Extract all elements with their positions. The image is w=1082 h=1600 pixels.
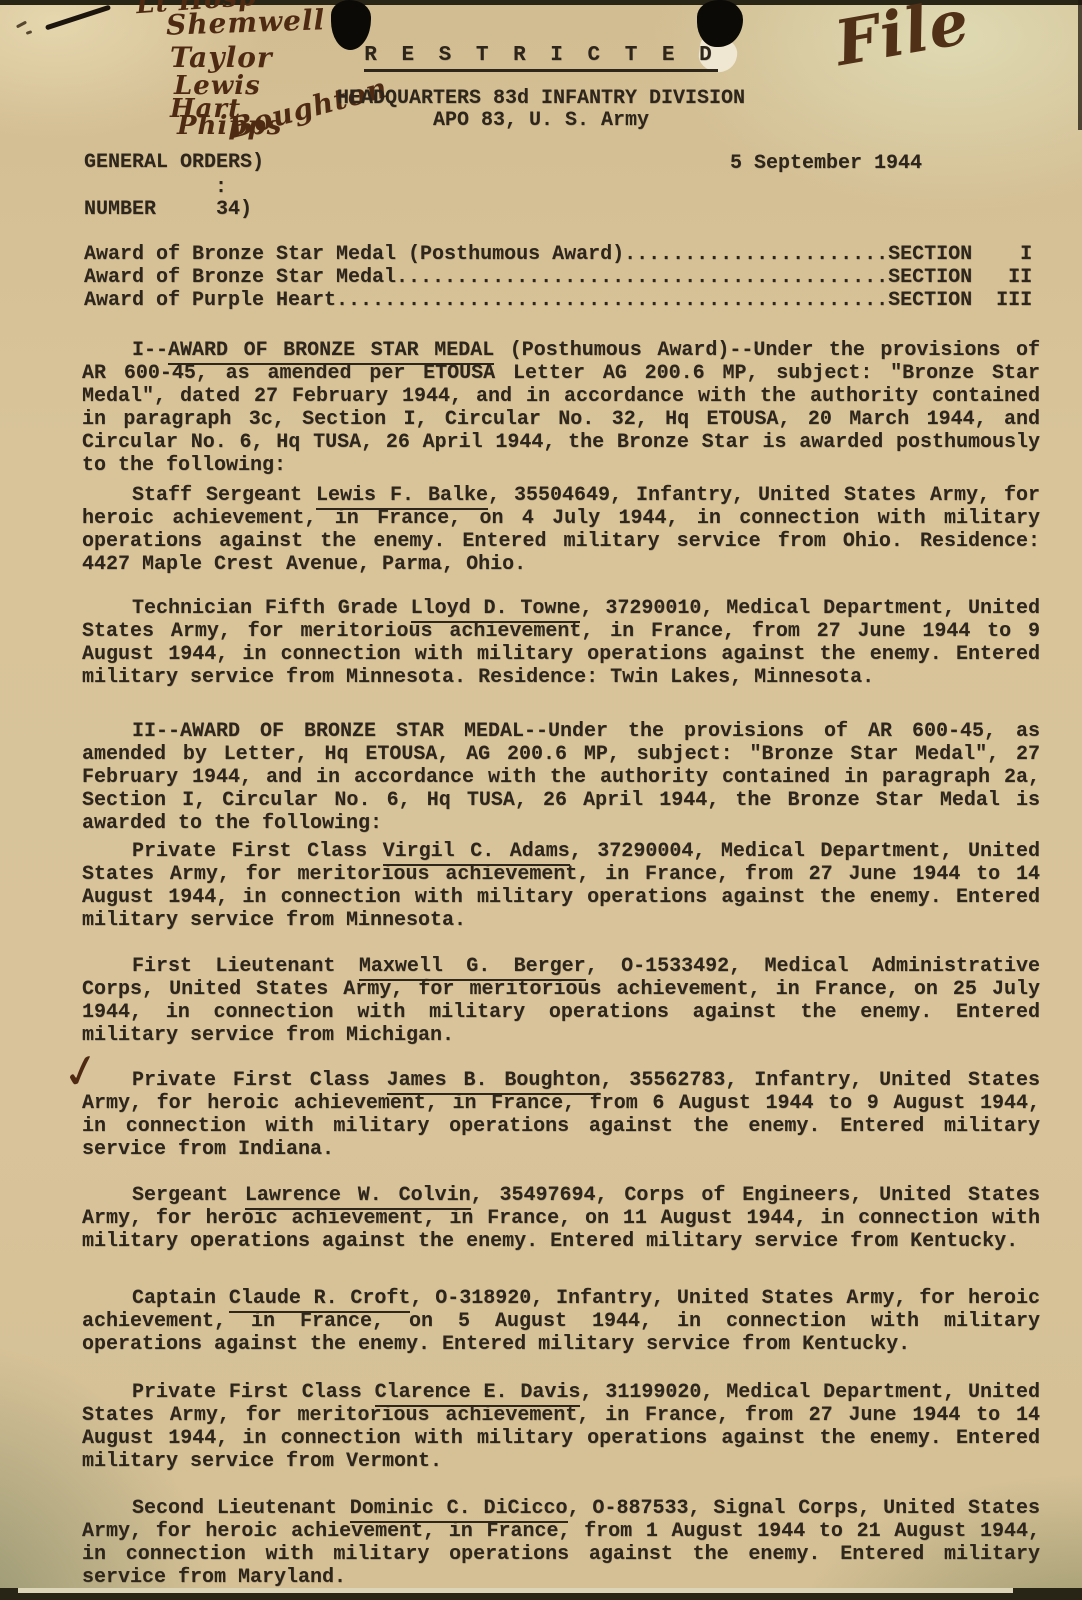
paragraph-award-adams: Private First Class Virgil C. Adams, 372…	[82, 840, 1040, 932]
scanned-document: { "page": { "classification": "R E S T R…	[0, 0, 1082, 1600]
apo-line: APO 83, U. S. Army	[0, 109, 1082, 132]
paragraph-award-berger: First Lieutenant Maxwell G. Berger, O-15…	[82, 955, 1040, 1047]
paragraph-award-davis: Private First Class Clarence E. Davis, 3…	[82, 1381, 1040, 1473]
paragraph-lead: Private First Class	[132, 1381, 375, 1404]
paragraph-award-towne: Technician Fifth Grade Lloyd D. Towne, 3…	[82, 597, 1040, 689]
paragraph-lead: Sergeant	[132, 1184, 245, 1207]
classification-banner: R E S T R I C T E D	[0, 44, 1082, 67]
orders-colon: :	[215, 176, 227, 199]
paragraph-award-boughton: Private First Class James B. Boughton, 3…	[82, 1069, 1040, 1161]
paragraph-text: AWARD OF BRONZE STAR MEDAL--Under the pr…	[82, 720, 1040, 835]
paragraph-section-1-heading: I--AWARD OF BRONZE STAR MEDAL (Posthumou…	[82, 339, 1040, 477]
paragraph-award-colvin: Sergeant Lawrence W. Colvin, 35497694, C…	[82, 1184, 1040, 1253]
paragraph-lead: Staff Sergeant	[132, 484, 316, 507]
paragraph-award-dicicco: Second Lieutenant Dominic C. DiCicco, O-…	[82, 1497, 1040, 1589]
paragraph-lead: First Lieutenant	[132, 955, 359, 978]
order-date: 5 September 1944	[730, 152, 922, 175]
paragraph-section-2-heading: II--AWARD OF BRONZE STAR MEDAL--Under th…	[82, 720, 1040, 835]
paragraph-lead: II--	[132, 720, 180, 743]
paragraph-lead: I--	[132, 339, 168, 362]
headquarters-line: HEADQUARTERS 83d INFANTRY DIVISION	[0, 87, 1082, 110]
paragraph-lead: Captain	[132, 1287, 229, 1310]
paragraph-lead: Private First Class	[132, 1069, 387, 1092]
paragraph-lead: Second Lieutenant	[132, 1497, 350, 1520]
paragraph-lead: Private First Class	[132, 840, 383, 863]
toc-row-section-3: Award of Purple Heart...................…	[84, 289, 1032, 312]
order-number-line: NUMBER 34)	[84, 198, 252, 221]
paragraph-award-croft: Captain Claude R. Croft, O-318920, Infan…	[82, 1287, 1040, 1356]
routing-name-shemwell: Shemwell	[165, 3, 325, 42]
restricted-label: R E S T R I C T E D	[364, 44, 717, 72]
paragraph-lead: Technician Fifth Grade	[132, 597, 411, 620]
toc-row-section-2: Award of Bronze Star Medal..............…	[84, 266, 1032, 289]
toc-row-section-1: Award of Bronze Star Medal (Posthumous A…	[84, 243, 1032, 266]
general-orders-label: GENERAL ORDERS)	[84, 151, 264, 174]
paragraph-award-balke: Staff Sergeant Lewis F. Balke, 35504649,…	[82, 484, 1040, 576]
